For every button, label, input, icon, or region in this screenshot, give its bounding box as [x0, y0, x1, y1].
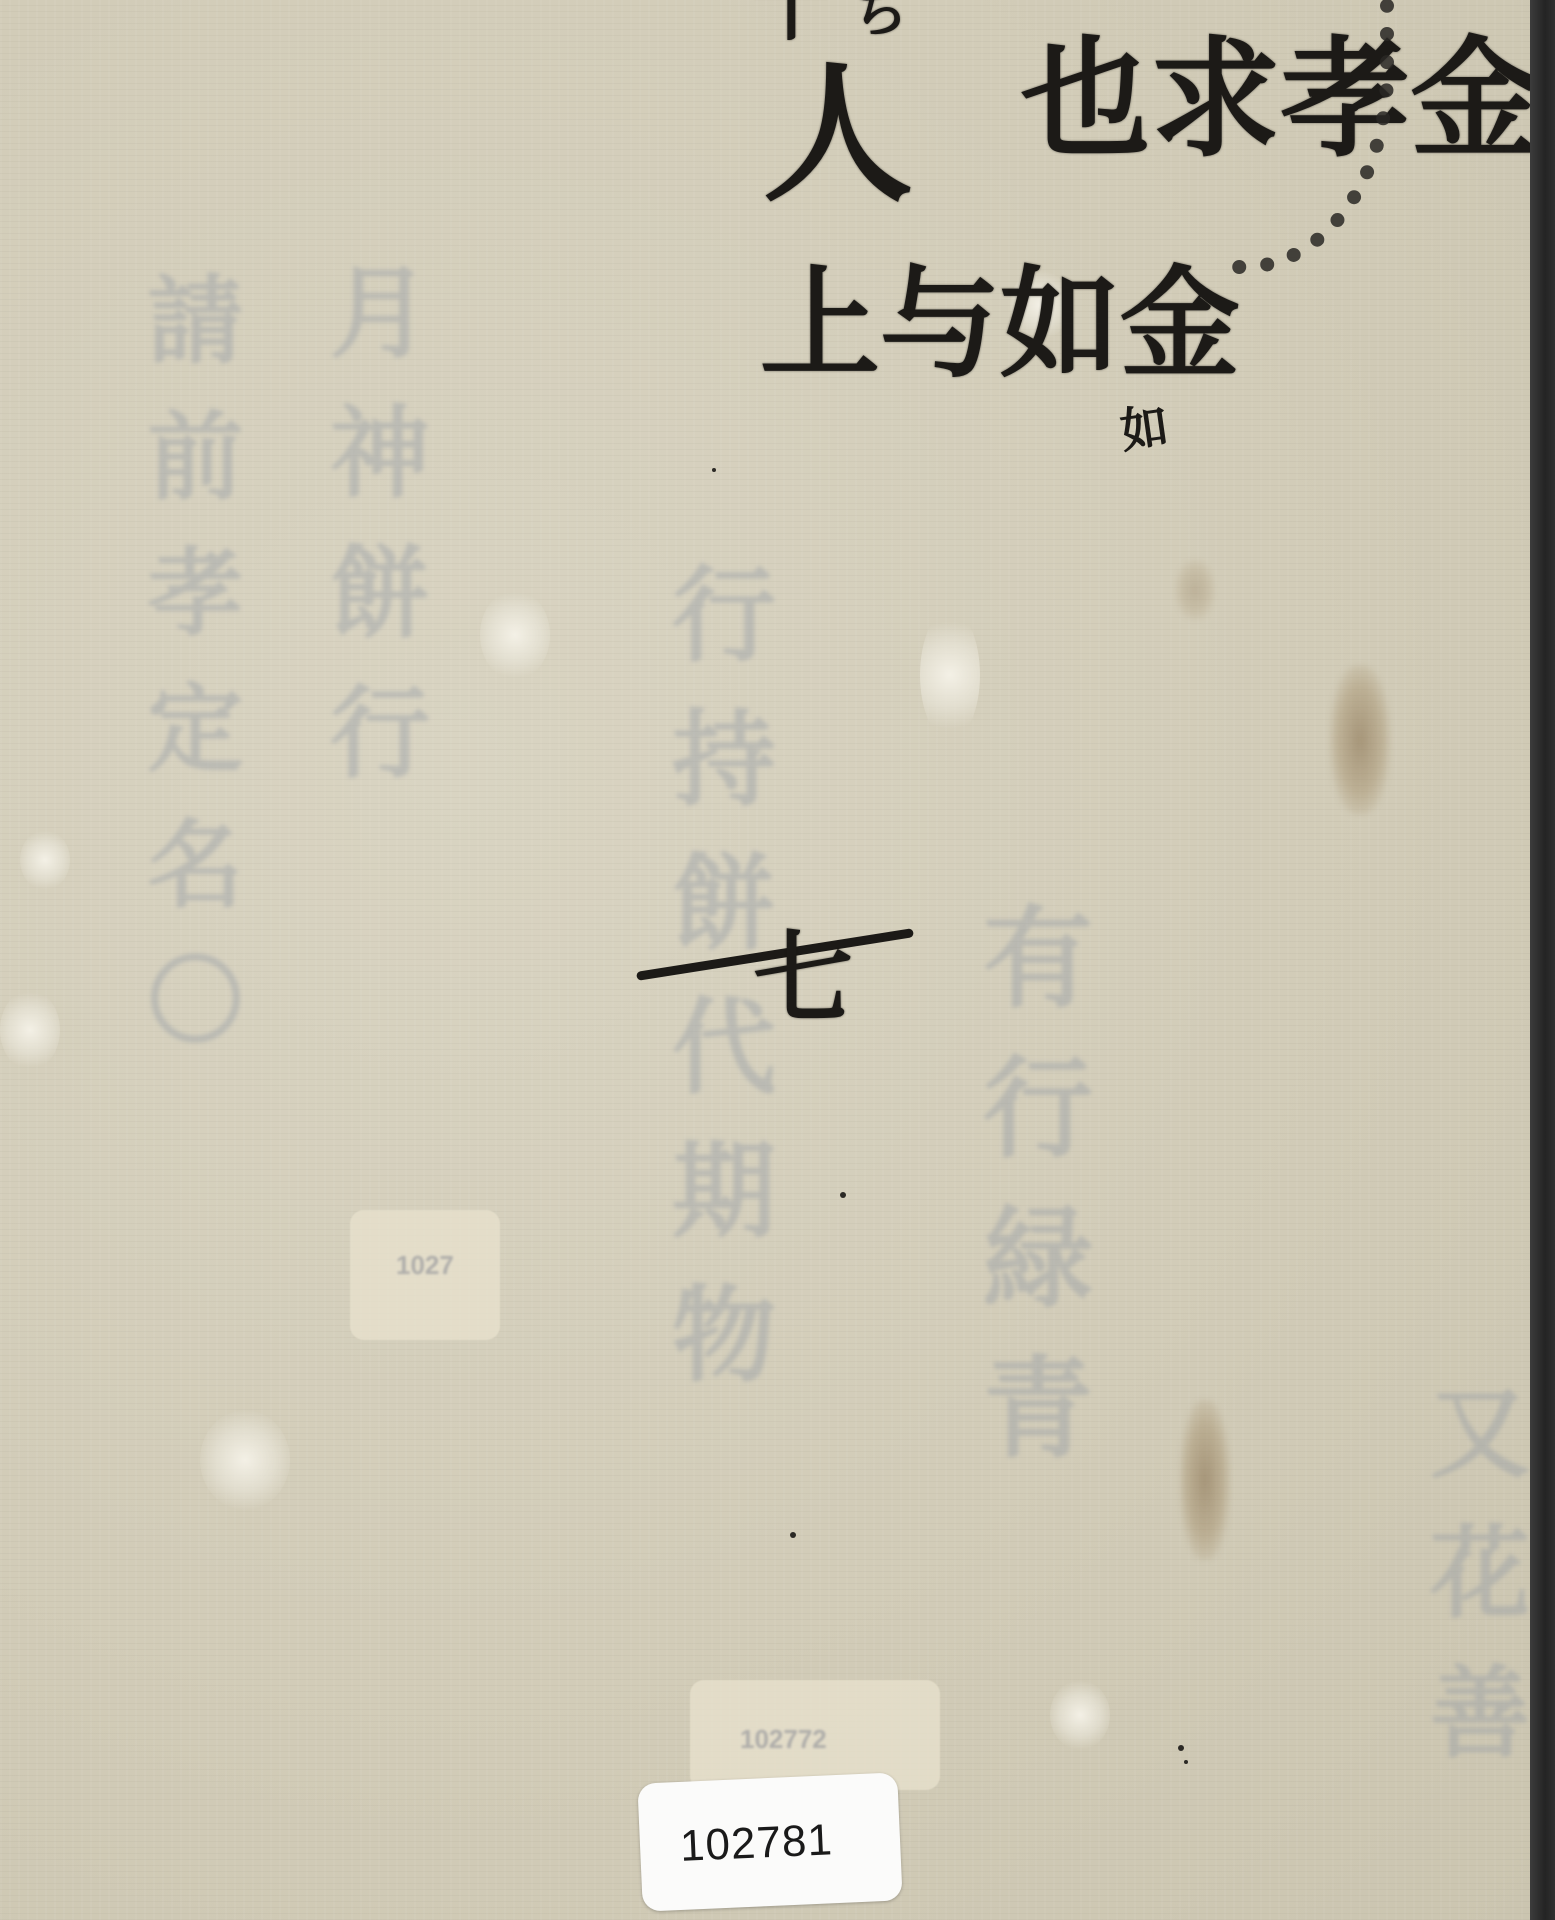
- ink-char: 金: [1400, 30, 1530, 170]
- catalog-number-label: 102781: [637, 1772, 902, 1911]
- ink-char: 与: [870, 260, 990, 380]
- ink-char: ち: [845, 0, 905, 38]
- ink-speck: [1178, 1745, 1184, 1751]
- ghost-char: 緑: [965, 1200, 1094, 1350]
- ink-char: 也: [1010, 30, 1140, 210]
- ink-fragment-top-left: 十: [745, 0, 825, 42]
- ghost-catalog-label: 102772: [690, 1680, 940, 1790]
- ghost-char: 持: [654, 704, 777, 848]
- ghost-char: 前: [132, 406, 245, 542]
- ink-speck: [790, 1532, 796, 1538]
- paper-fiber-spot: [920, 610, 980, 740]
- ghost-label-number: 102772: [740, 1724, 827, 1755]
- ink-char: 人: [750, 55, 900, 205]
- ghost-char: 餅: [313, 540, 431, 680]
- ink-flourish-mark: 七: [745, 925, 845, 1025]
- bleed-through-column: 月神餅行: [300, 260, 444, 820]
- ghost-char: 月: [313, 260, 431, 400]
- ink-column-left: 金 如 与 上: [750, 260, 1230, 400]
- ink-speck: [1184, 1760, 1188, 1764]
- ghost-char: 有: [965, 900, 1094, 1050]
- ghost-char: 孝: [132, 542, 245, 678]
- paper-fiber-spot: [20, 830, 70, 890]
- ghost-char: 期: [654, 1136, 777, 1280]
- paper-fiber-spot: [0, 990, 60, 1070]
- manuscript-page: 請前孝定名〇 月神餅行 行持餅代期物 有行緑青 又花善 1027 102772 …: [0, 0, 1530, 1920]
- bleed-through-column: 有行緑青: [950, 900, 1108, 1500]
- ghost-char: 花: [1413, 1520, 1530, 1660]
- ghost-char: 〇: [132, 950, 245, 1086]
- ink-column-middle-top: 人: [750, 55, 900, 205]
- ghost-char: 請: [132, 270, 245, 406]
- ghost-char: 行: [313, 680, 431, 820]
- ghost-char: 定: [132, 678, 245, 814]
- ghost-char: 善: [1413, 1660, 1530, 1800]
- paper-fiber-spot: [480, 590, 550, 680]
- ghost-char: 又: [1413, 1380, 1530, 1520]
- pencil-bracket-curve: [1230, 0, 1394, 274]
- ghost-char: 行: [654, 560, 777, 704]
- ghost-catalog-label: 1027: [350, 1210, 500, 1340]
- bleed-through-column: 又花善: [1400, 1380, 1530, 1800]
- bleed-through-column: 請前孝定名〇: [120, 270, 257, 1086]
- ink-fragment-top-right: ち: [845, 0, 905, 38]
- ghost-label-number: 1027: [396, 1250, 454, 1281]
- ghost-char: 物: [654, 1280, 777, 1424]
- catalog-number: 102781: [679, 1815, 834, 1872]
- ink-char: 十: [745, 0, 825, 42]
- paper-stain: [1330, 665, 1390, 815]
- ghost-char: 神: [313, 400, 431, 540]
- ink-speck: [840, 1192, 846, 1198]
- ink-char: 七: [745, 925, 845, 1025]
- binding-edge: [1530, 0, 1555, 1920]
- paper-stain: [1175, 560, 1215, 620]
- ink-char: 上: [750, 260, 870, 400]
- ghost-char: 名: [132, 814, 245, 950]
- ghost-char: 行: [965, 1050, 1094, 1200]
- ink-speck: [712, 468, 716, 472]
- ink-char: 金: [1110, 260, 1230, 380]
- paper-stain: [1180, 1400, 1230, 1560]
- paper-fiber-spot: [1050, 1680, 1110, 1750]
- paper-fiber-spot: [200, 1410, 290, 1510]
- ghost-char: 青: [965, 1350, 1094, 1500]
- ink-char: 如: [990, 260, 1110, 380]
